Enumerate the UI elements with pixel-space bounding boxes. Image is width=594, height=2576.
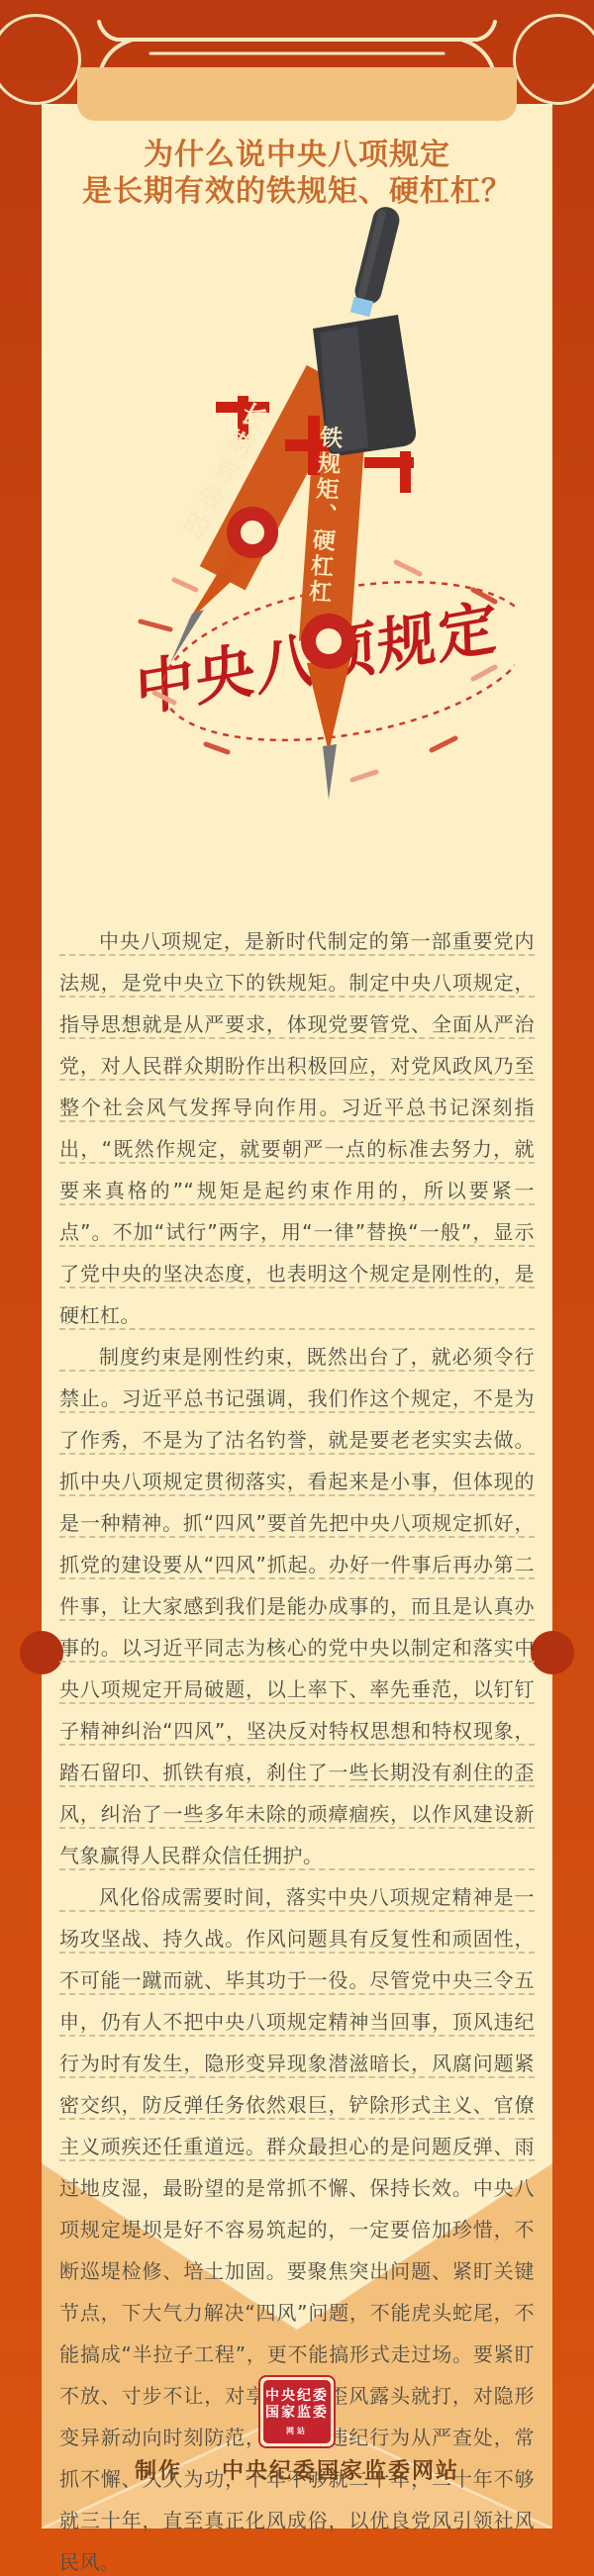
- side-notch-right: [531, 1631, 574, 1674]
- page-title-line1: 为什么说中央八项规定: [42, 137, 552, 173]
- compass-illustration: [79, 198, 515, 811]
- compass-handle-icon: [313, 204, 416, 455]
- credit-footer: 制作 中央纪委国家监委网站: [42, 2454, 552, 2485]
- seal-text-line2: 国家监委: [265, 2405, 329, 2422]
- scroll-top-bar: [77, 67, 517, 121]
- infographic-page: 为什么说中央八项规定 是长期有效的铁规矩、硬杠杠？ 中央八项规定: [0, 0, 594, 2576]
- article-paragraph-2: 制度约束是刚性约束，既然出台了，就必须令行禁止。习近平总书记强调，我们作这个规定…: [59, 1336, 535, 1876]
- compass-right-tip: [307, 659, 350, 800]
- seal-text-line1: 中央纪委: [265, 2388, 329, 2405]
- credit-site: 中央纪委国家监委网站: [222, 2454, 459, 2485]
- seal-inner: 中央纪委 国家监委 网站: [263, 2380, 331, 2443]
- article-paragraph-1: 中央八项规定，是新时代制定的第一部重要党内法规，是党中央立下的铁规矩。制定中央八…: [59, 920, 535, 1336]
- seal-text-line3: 网站: [286, 2426, 308, 2436]
- article-body: 中央八项规定，是新时代制定的第一部重要党内法规，是党中央立下的铁规矩。制定中央八…: [59, 920, 535, 2576]
- official-seal: 中央纪委 国家监委 网站: [258, 2375, 336, 2448]
- credit-label: 制作: [135, 2454, 182, 2485]
